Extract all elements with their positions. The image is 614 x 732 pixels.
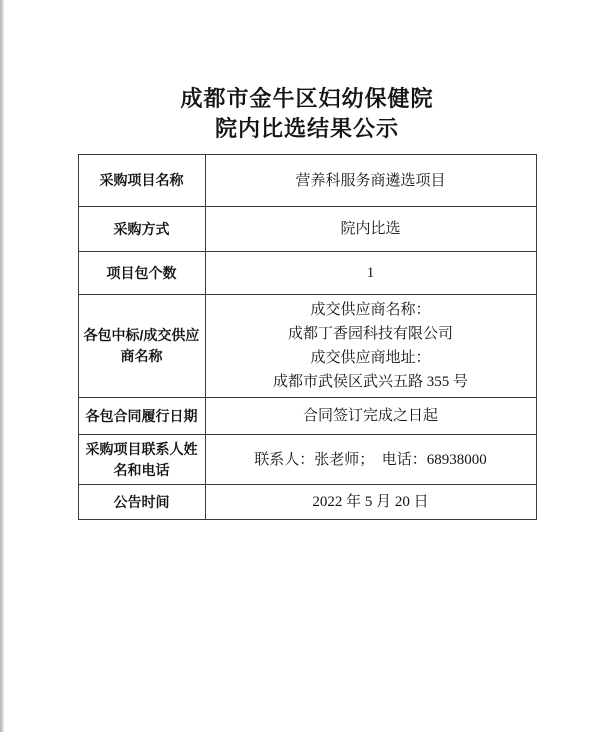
table-row: 各包合同履行日期合同签订完成之日起: [78, 398, 536, 435]
result-table: 采购项目名称营养科服务商遴选项目采购方式院内比选项目包个数1各包中标/成交供应商…: [78, 154, 537, 520]
page-title-line2: 院内比选结果公示: [215, 116, 399, 141]
row-label: 各包合同履行日期: [78, 398, 205, 435]
page-edge: [0, 0, 4, 732]
row-value-line: 成都市武侯区武兴五路 355 号: [214, 370, 528, 394]
row-label: 公告时间: [78, 485, 205, 520]
row-value: 联系人：张老师； 电话：68938000: [205, 435, 536, 485]
row-value-line: 成都丁香园科技有限公司: [214, 322, 528, 346]
row-value: 院内比选: [205, 207, 536, 252]
result-table-body: 采购项目名称营养科服务商遴选项目采购方式院内比选项目包个数1各包中标/成交供应商…: [78, 155, 536, 520]
row-value: 成交供应商名称：成都丁香园科技有限公司成交供应商地址：成都市武侯区武兴五路 35…: [205, 295, 536, 398]
row-label: 项目包个数: [78, 252, 205, 295]
table-row: 采购项目联系人姓名和电话联系人：张老师； 电话：68938000: [78, 435, 536, 485]
row-label: 采购项目名称: [78, 155, 205, 207]
table-row: 采购项目名称营养科服务商遴选项目: [78, 155, 536, 207]
row-value: 合同签订完成之日起: [205, 398, 536, 435]
document-page: 成都市金牛区妇幼保健院 院内比选结果公示 采购项目名称营养科服务商遴选项目采购方…: [0, 0, 614, 732]
row-value-line: 合同签订完成之日起: [214, 404, 528, 428]
row-value-line: 成交供应商地址：: [214, 346, 528, 370]
row-label: 采购方式: [78, 207, 205, 252]
row-value-line: 1: [214, 261, 528, 285]
row-label: 各包中标/成交供应商名称: [78, 295, 205, 398]
row-value-line: 成交供应商名称：: [214, 298, 528, 322]
table-row: 各包中标/成交供应商名称成交供应商名称：成都丁香园科技有限公司成交供应商地址：成…: [78, 295, 536, 398]
row-value: 1: [205, 252, 536, 295]
table-row: 公告时间2022 年 5 月 20 日: [78, 485, 536, 520]
row-value-line: 联系人：张老师； 电话：68938000: [214, 448, 528, 472]
table-row: 项目包个数1: [78, 252, 536, 295]
row-label: 采购项目联系人姓名和电话: [78, 435, 205, 485]
table-row: 采购方式院内比选: [78, 207, 536, 252]
row-value-line: 院内比选: [214, 217, 528, 241]
page-title-line1: 成都市金牛区妇幼保健院: [180, 86, 433, 111]
page-title: 成都市金牛区妇幼保健院 院内比选结果公示: [0, 0, 614, 144]
row-value: 营养科服务商遴选项目: [205, 155, 536, 207]
row-value: 2022 年 5 月 20 日: [205, 485, 536, 520]
row-value-line: 2022 年 5 月 20 日: [214, 490, 528, 514]
row-value-line: 营养科服务商遴选项目: [214, 169, 528, 193]
